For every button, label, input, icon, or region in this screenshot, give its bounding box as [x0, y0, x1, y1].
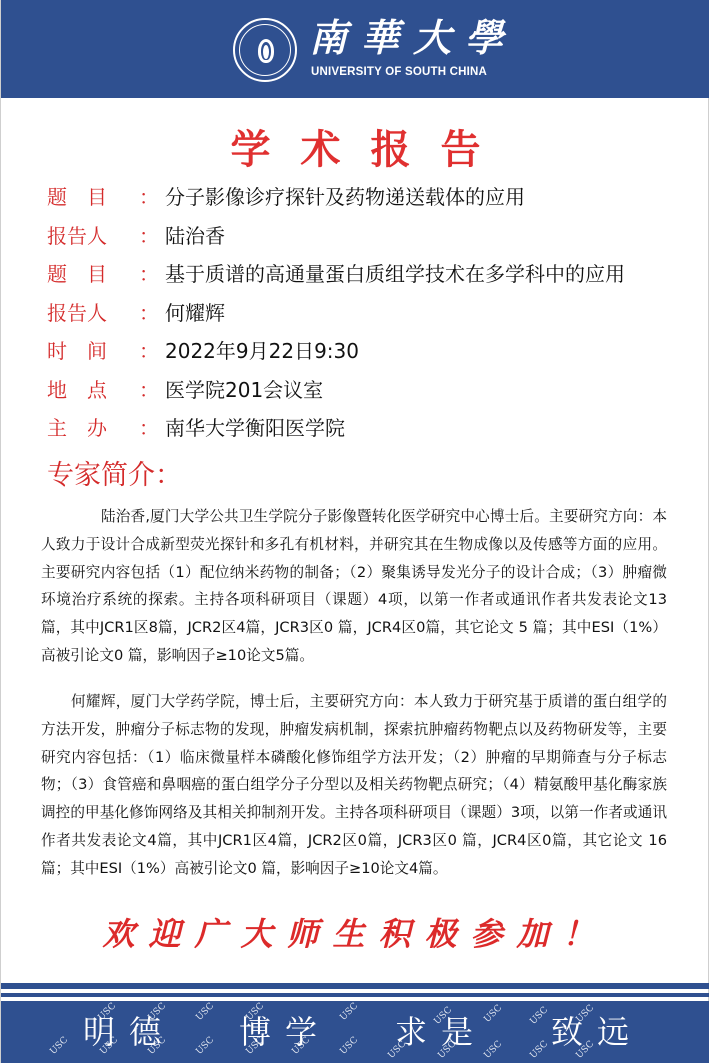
info-colon: ： — [139, 222, 159, 250]
university-seal-icon — [233, 18, 297, 82]
motto-word: 博学 — [239, 1009, 331, 1055]
university-name-cn: 南華大學 — [309, 14, 517, 62]
usc-watermark: USC — [48, 1035, 70, 1057]
motto-word: 求是 — [395, 1009, 487, 1055]
info-value: 基于质谱的高通量蛋白质组学技术在多学科中的应用 — [165, 260, 625, 288]
page-title: 学术报告 — [1, 124, 709, 176]
footer-banner: USC USC USC USC USC USC USC USC USC USC … — [1, 1001, 709, 1063]
university-name-en: UNIVERSITY OF SOUTH CHINA — [311, 66, 487, 78]
info-row-speaker-1: 报告人 ： 陆治香 — [47, 217, 687, 256]
info-colon: ： — [139, 183, 159, 211]
info-row-host: 主 办 ： 南华大学衡阳医学院 — [47, 409, 687, 448]
footer-stripe-top — [1, 983, 709, 989]
info-colon: ： — [139, 299, 159, 327]
info-colon: ： — [139, 414, 159, 442]
info-value: 南华大学衡阳医学院 — [165, 414, 345, 442]
motto-word: 明德 — [83, 1009, 175, 1055]
school-motto: 明德 博学 求是 致远 — [83, 1009, 643, 1055]
info-row-topic-2: 题 目 ： 基于质谱的高通量蛋白质组学技术在多学科中的应用 — [47, 255, 687, 294]
header-banner: 南華大學 UNIVERSITY OF SOUTH CHINA — [1, 0, 709, 98]
info-value: 医学院201会议室 — [165, 376, 323, 404]
info-value: 2022年9月22日9:30 — [165, 337, 359, 365]
event-info: 题 目 ： 分子影像诊疗探针及药物递送载体的应用 报告人 ： 陆治香 题 目 ：… — [47, 178, 687, 448]
info-value: 何耀辉 — [165, 299, 225, 327]
info-label: 主 办 — [47, 414, 139, 442]
info-label: 报告人 — [47, 222, 139, 250]
expert-bio-2: 何耀辉，厦门大学药学院，博士后，主要研究方向：本人致力于研究基于质谱的蛋白组学的… — [41, 688, 667, 883]
info-label: 题 目 — [47, 260, 139, 288]
info-row-speaker-2: 报告人 ： 何耀辉 — [47, 294, 687, 333]
info-label: 地 点 — [47, 376, 139, 404]
poster: 南華大學 UNIVERSITY OF SOUTH CHINA 学术报告 题 目 … — [0, 0, 709, 1063]
info-label: 时 间 — [47, 337, 139, 365]
info-label: 报告人 — [47, 299, 139, 327]
seal-flame-core-icon — [263, 45, 269, 59]
info-row-time: 时 间 ： 2022年9月22日9:30 — [47, 332, 687, 371]
info-row-topic-1: 题 目 ： 分子影像诊疗探针及药物递送载体的应用 — [47, 178, 687, 217]
info-row-location: 地 点 ： 医学院201会议室 — [47, 371, 687, 410]
expert-bio-1: 陆治香,厦门大学公共卫生学院分子影像暨转化医学研究中心博士后。主要研究方向：本人… — [41, 503, 667, 670]
info-colon: ： — [139, 376, 159, 404]
seal-inner-ring — [239, 24, 291, 76]
motto-word: 致远 — [551, 1009, 643, 1055]
welcome-message: 欢迎广大师生积极参加！ — [1, 912, 709, 956]
footer-stripe-middle — [1, 993, 709, 997]
info-label: 题 目 — [47, 183, 139, 211]
info-colon: ： — [139, 260, 159, 288]
info-value: 分子影像诊疗探针及药物递送载体的应用 — [165, 183, 525, 211]
info-value: 陆治香 — [165, 222, 225, 250]
info-colon: ： — [139, 337, 159, 365]
university-logo: 南華大學 UNIVERSITY OF SOUTH CHINA — [233, 14, 483, 86]
expert-section-heading: 专家简介： — [47, 458, 182, 494]
